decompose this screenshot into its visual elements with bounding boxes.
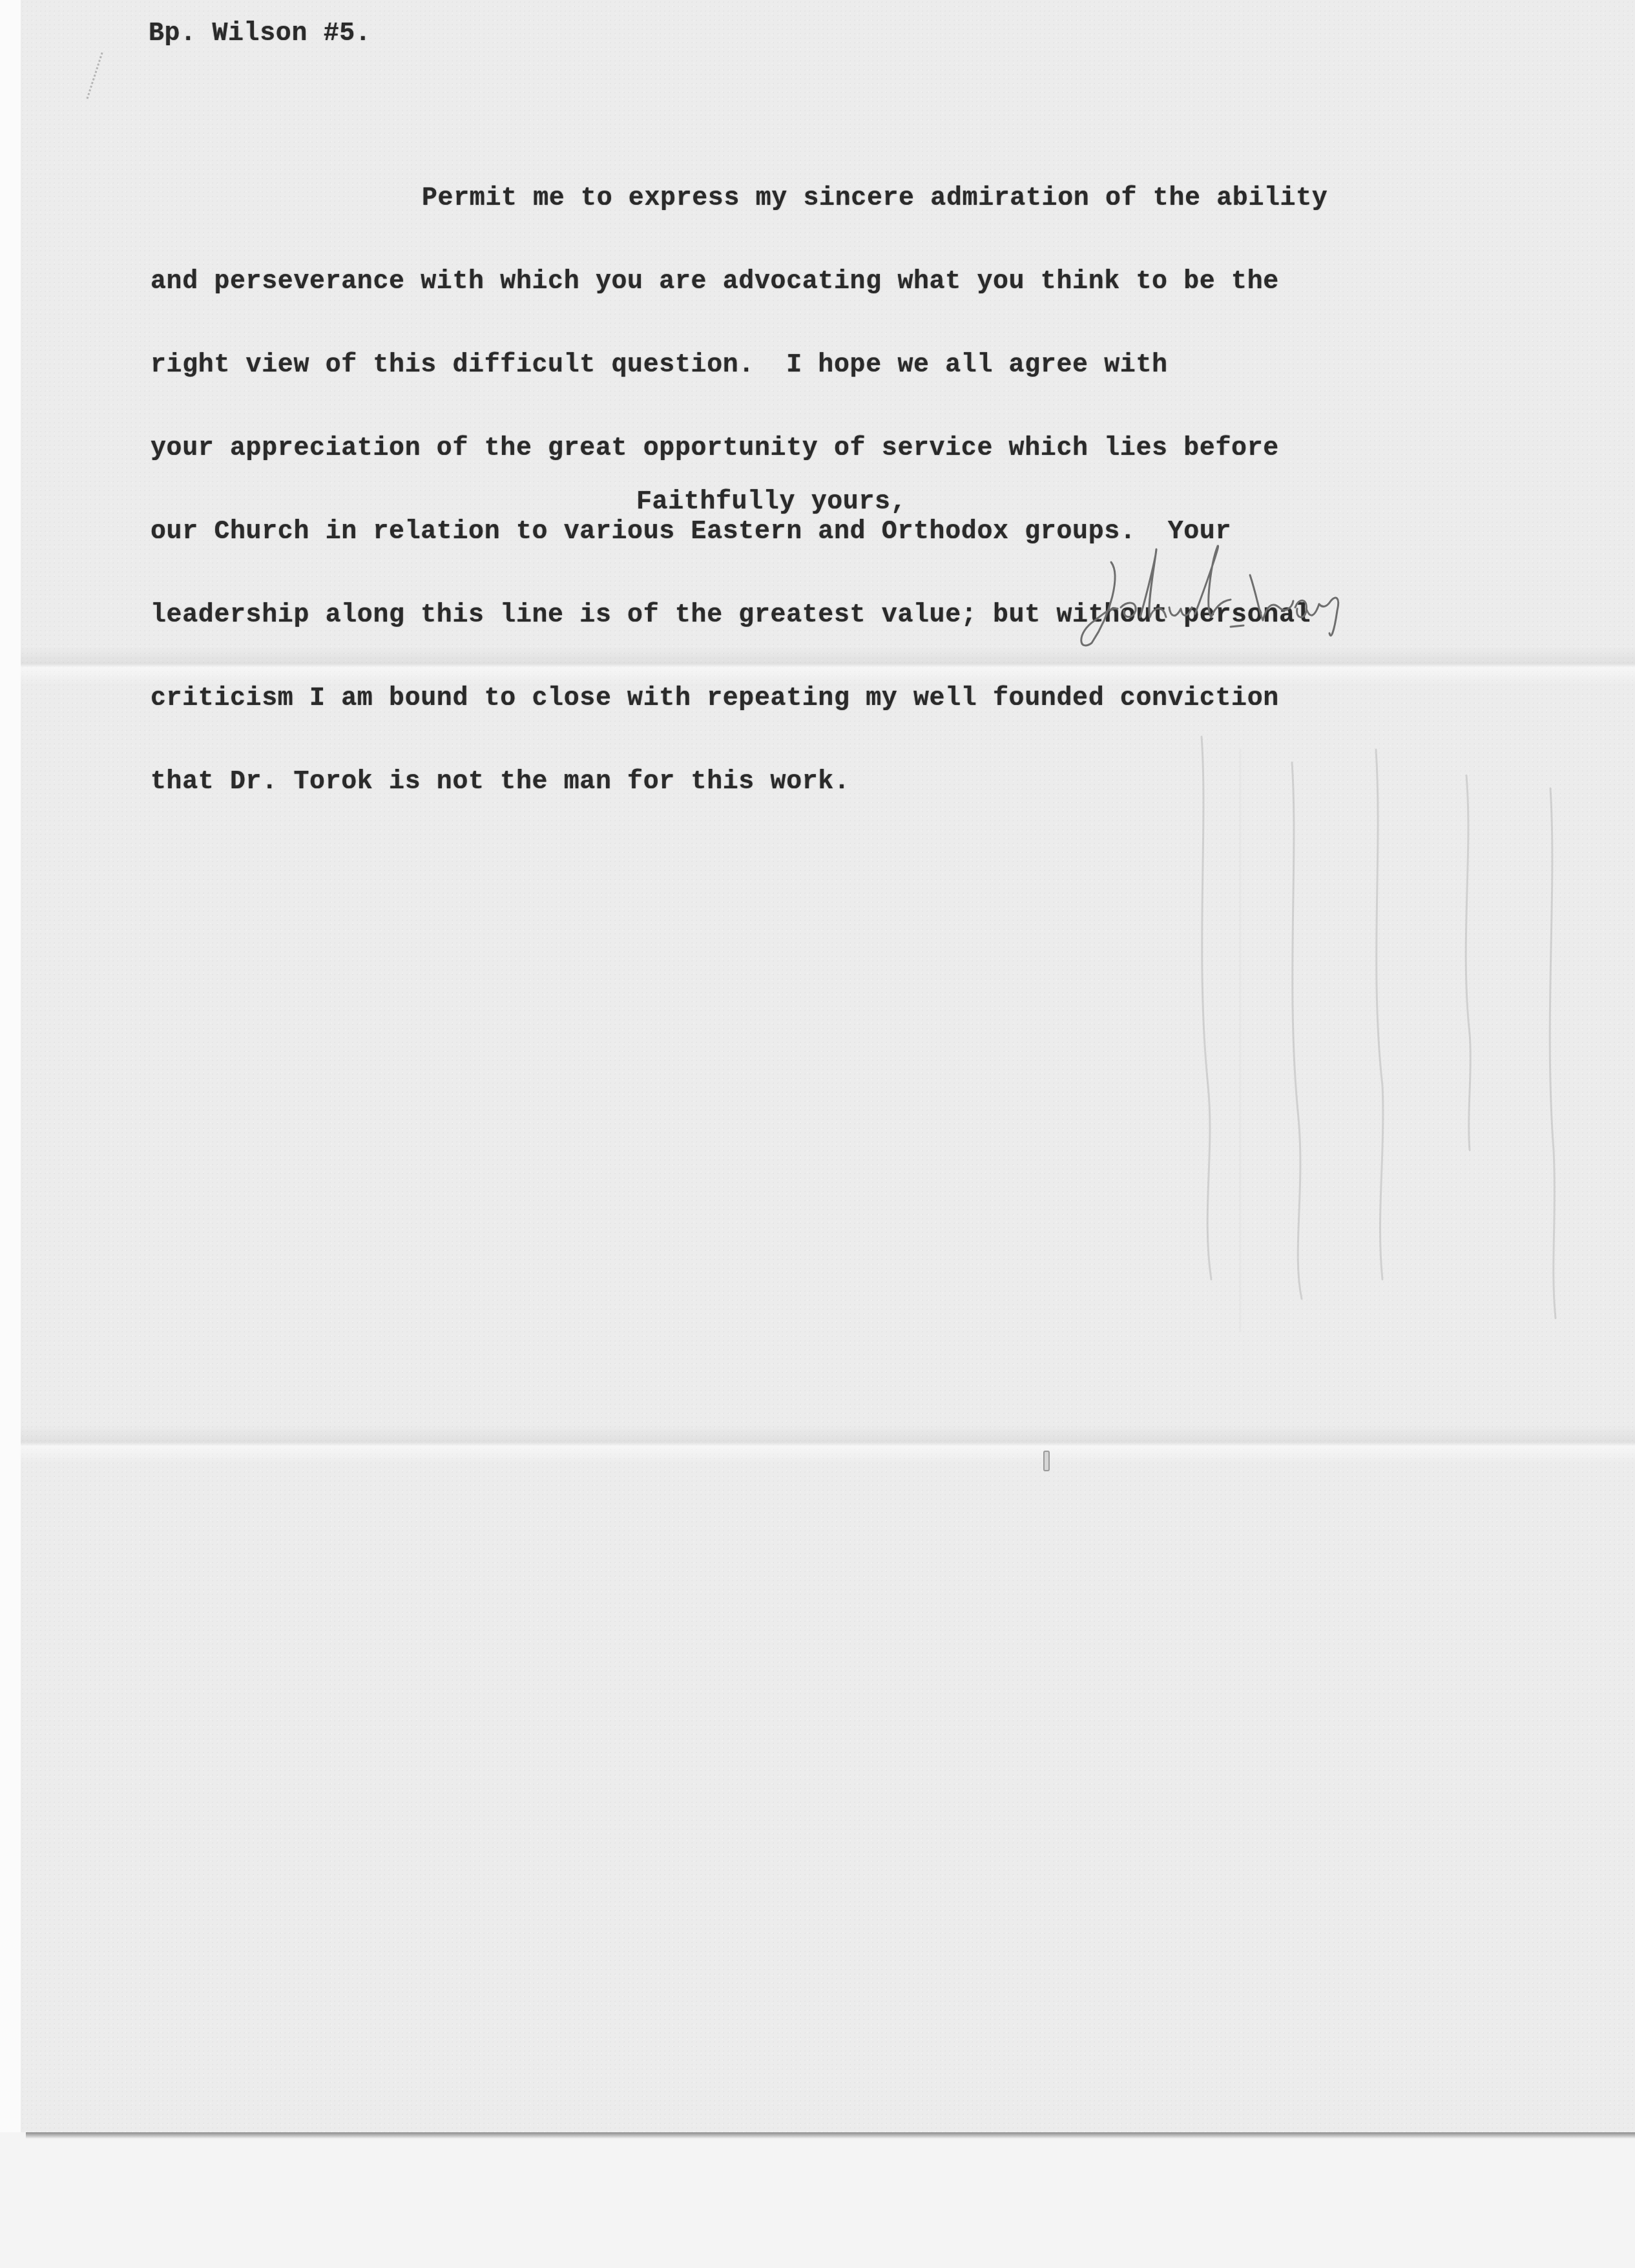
bleed-through-handwriting — [1163, 698, 1635, 1344]
paper-fold-lower — [21, 1425, 1635, 1464]
page-bottom-shadow — [26, 2132, 1635, 2139]
body-line: Permit me to express my sincere admirati… — [151, 185, 1328, 213]
staple-hole-mark — [1043, 1451, 1050, 1471]
page-header: Bp. Wilson #5. — [149, 19, 371, 48]
body-line: your appreciation of the great opportuni… — [151, 435, 1328, 463]
body-line: and perseverance with which you are advo… — [151, 268, 1328, 296]
letter-body: Permit me to express my sincere admirati… — [151, 129, 1328, 824]
body-line: that Dr. Torok is not the man for this w… — [151, 768, 1328, 796]
body-line: criticism I am bound to close with repea… — [151, 685, 1328, 713]
handwritten-signature — [1066, 536, 1453, 653]
scanner-margin — [0, 0, 21, 2132]
closing-salutation: Faithfully yours, — [636, 488, 906, 517]
body-line: right view of this difficult question. I… — [151, 352, 1328, 379]
